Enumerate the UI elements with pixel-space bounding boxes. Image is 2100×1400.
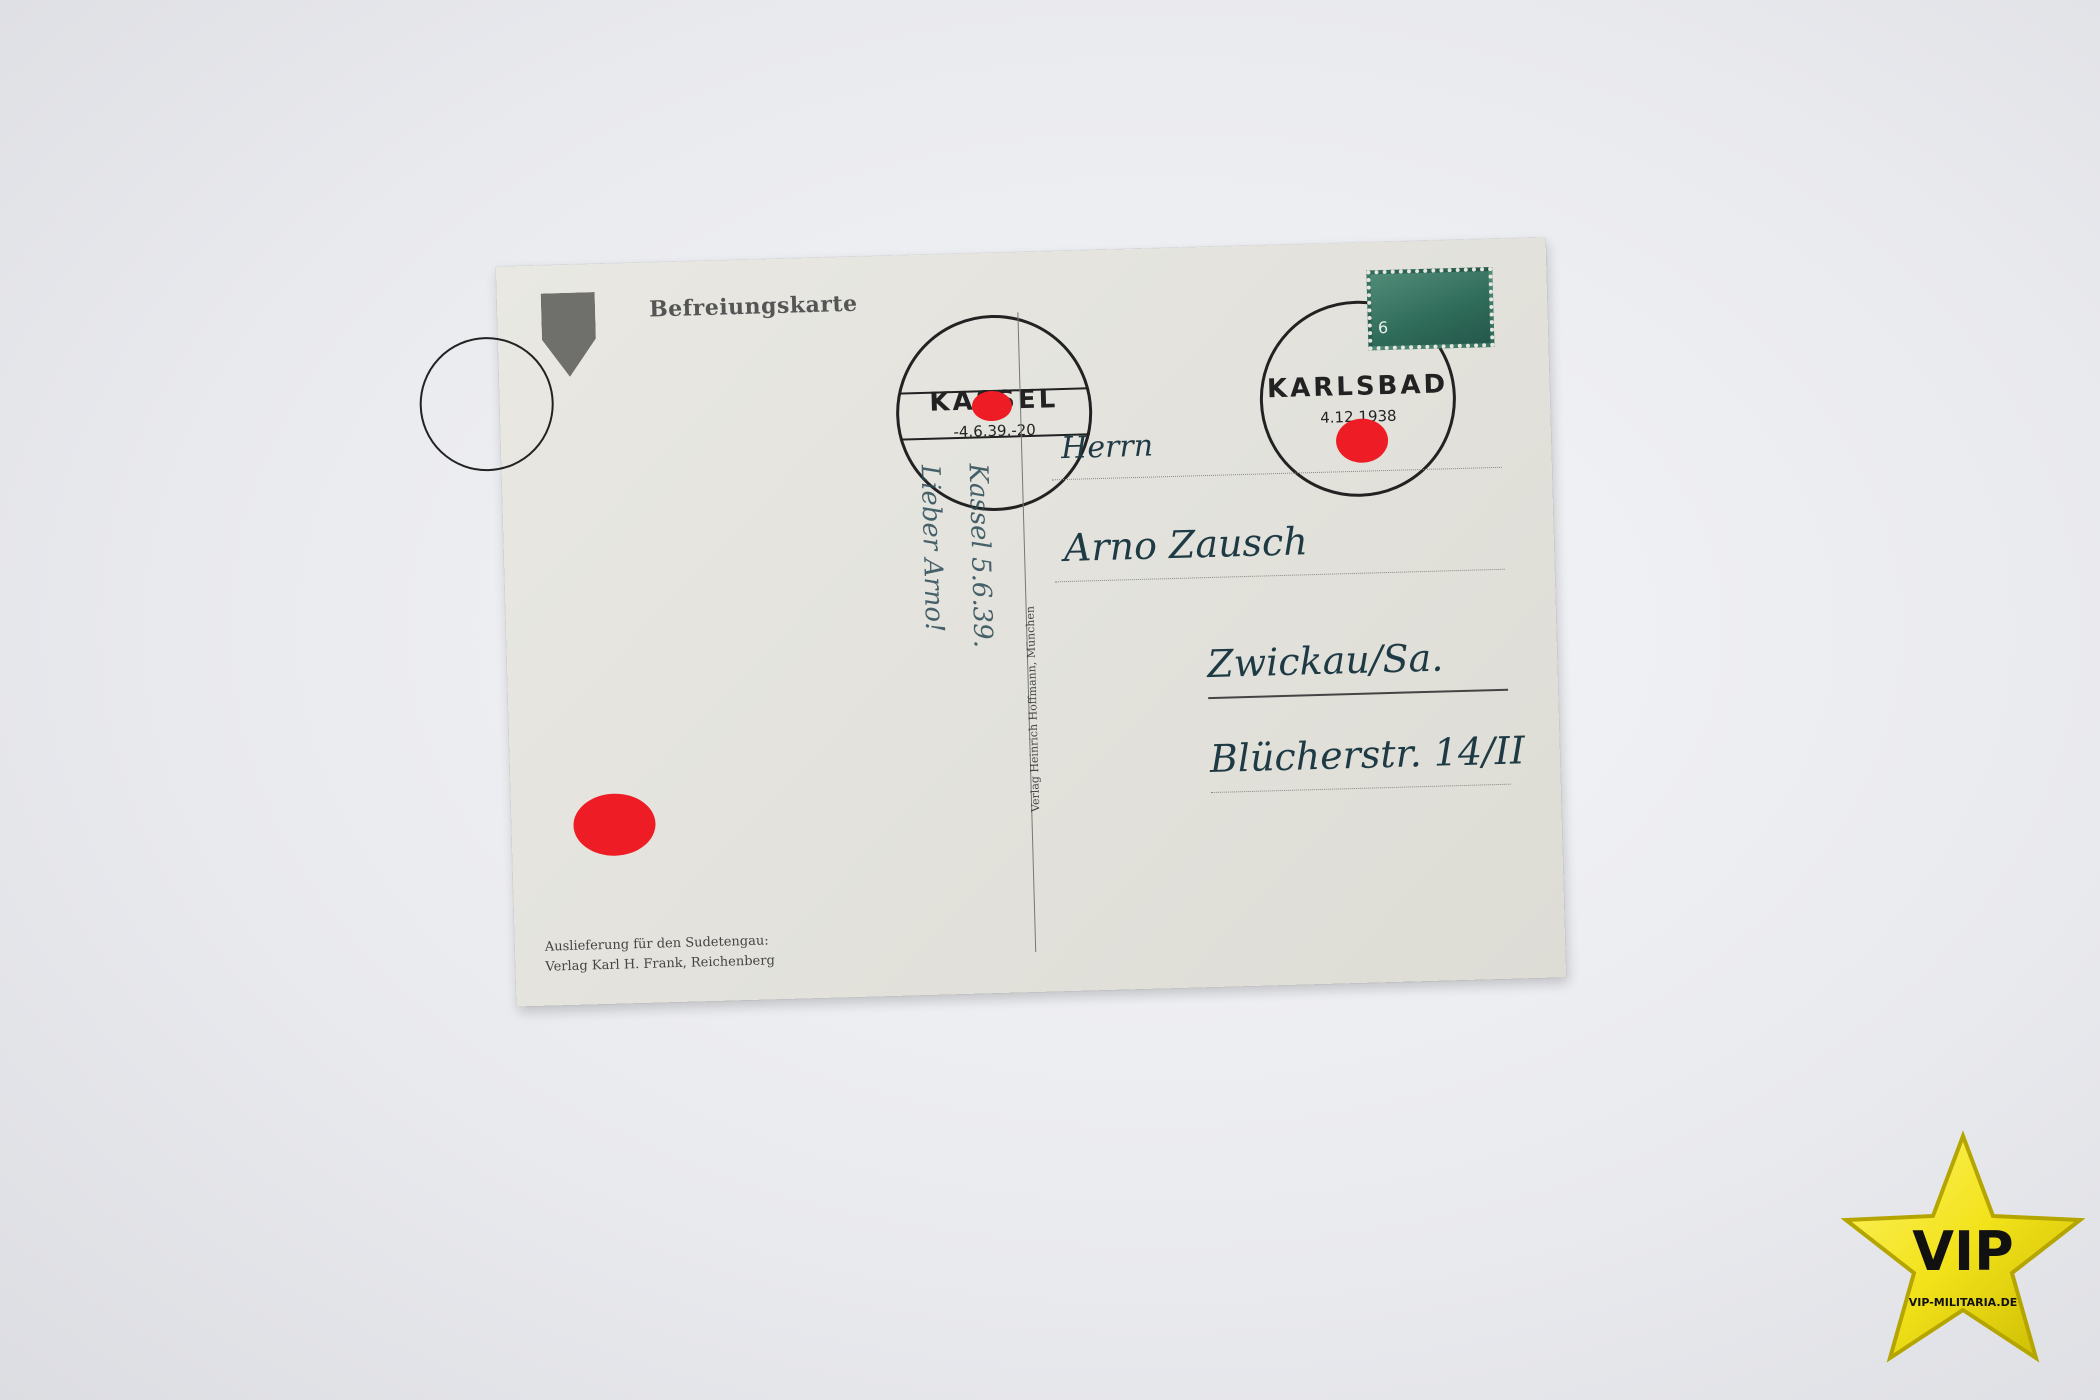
- postmark-side: [418, 335, 556, 473]
- logo-url: VIP-MILITARIA.DE: [1909, 1296, 2017, 1309]
- address-line: [1211, 784, 1511, 793]
- address-city: Zwickau/Sa.: [1207, 636, 1444, 687]
- postcard: Befreiungskarte KASSEL -4.6.39.-20 Verla…: [496, 237, 1566, 1006]
- address-street: Blücherstr. 14/II: [1209, 728, 1525, 781]
- address-line: [1208, 689, 1508, 699]
- address-salutation: Herrn: [1061, 429, 1154, 467]
- vip-watermark-logo: VIP VIP-MILITARIA.DE: [1838, 1128, 2088, 1368]
- address-line: [1055, 569, 1505, 583]
- address-name: Arno Zausch: [1063, 519, 1308, 570]
- card-title: Befreiungskarte: [649, 291, 858, 323]
- stamp-value: 6: [1378, 318, 1389, 337]
- address-line: [1052, 467, 1502, 481]
- logo-brand: VIP: [1912, 1220, 2013, 1283]
- side-imprint: Verlag Heinrich Hoffmann, München: [1024, 606, 1043, 812]
- emblem-placeholder-icon: [541, 292, 597, 377]
- handwritten-message: Kassel 5.6.39. Lieber Arno!: [502, 463, 1012, 857]
- postage-stamp: 6: [1366, 267, 1494, 350]
- publisher-imprint: Auslieferung für den Sudetengau: Verlag …: [545, 931, 775, 977]
- postmark-city: KARLSBAD: [1267, 369, 1449, 404]
